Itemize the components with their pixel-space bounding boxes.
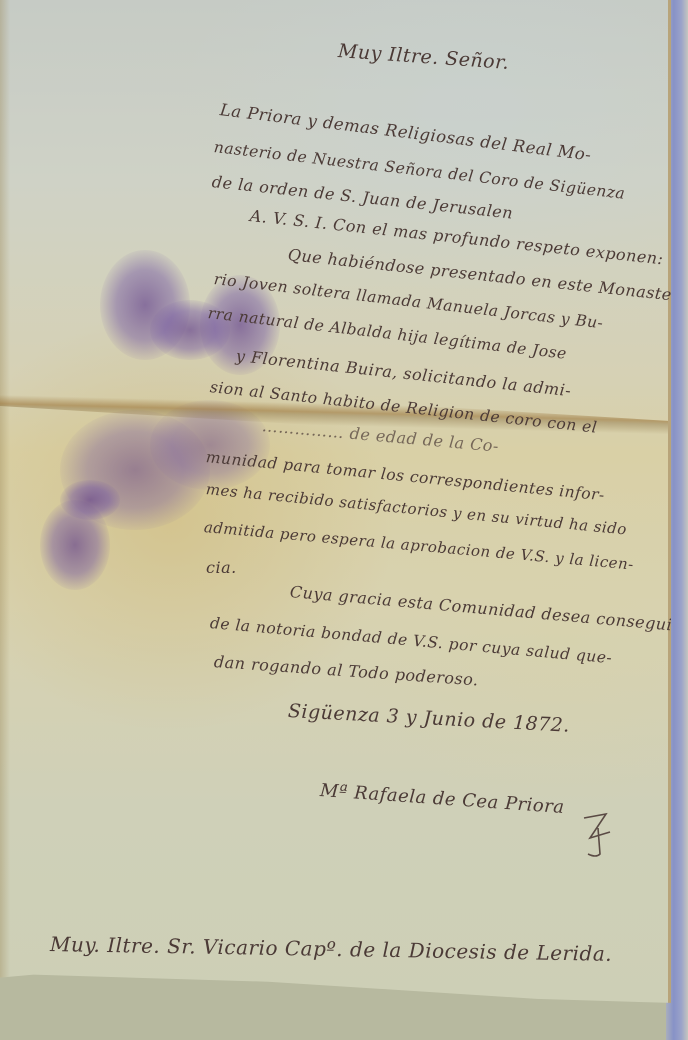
signature-rubric-icon bbox=[580, 808, 614, 860]
salutation: Muy Iltre. Señor. bbox=[337, 40, 510, 74]
place-date: Sigüenza 3 y Junio de 1872. bbox=[287, 700, 570, 737]
addressee: Muy. Iltre. Sr. Vicario Capº. de la Dioc… bbox=[50, 932, 613, 966]
body-line: cia. bbox=[206, 558, 237, 577]
closing-line: dan rogando al Todo poderoso. bbox=[213, 652, 479, 689]
signature: Mª Rafaela de Cea Priora bbox=[319, 780, 565, 818]
left-edge-shadow bbox=[0, 0, 10, 1008]
letter-page: Muy Iltre. Señor. La Priora y demas Reli… bbox=[0, 0, 671, 1010]
ink-stain bbox=[60, 480, 120, 520]
